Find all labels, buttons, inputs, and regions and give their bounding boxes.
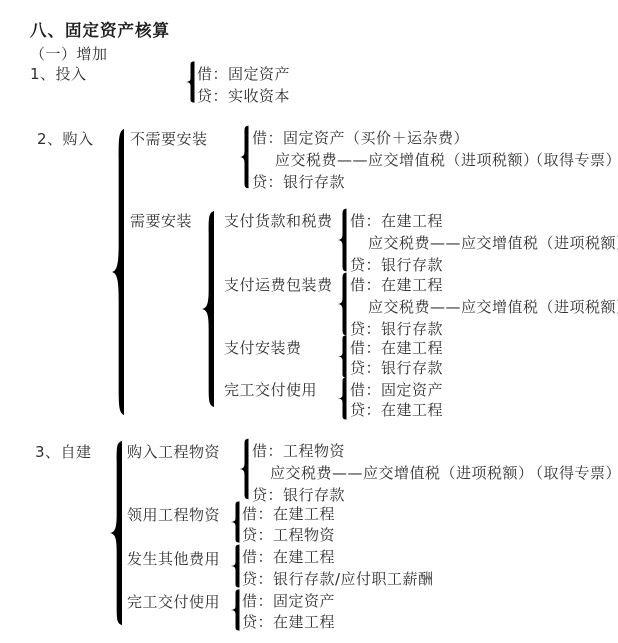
brace-install-g4 — [336, 377, 348, 420]
item1-credit: 贷：实收资本 — [197, 87, 290, 105]
build-g1-line3: 贷：银行存款 — [252, 486, 345, 504]
build-g3-line1: 借：在建工程 — [242, 548, 335, 566]
notes-page: 八、固定资产核算 （一）增加 1、投入 借：固定资产 贷：实收资本 2、购入 不… — [0, 0, 618, 643]
section-heading-increase: （一）增加 — [30, 45, 108, 63]
install-g1-line1: 借：在建工程 — [350, 212, 443, 230]
install-g3-label: 支付安装费 — [224, 339, 302, 357]
brace-item3 — [108, 439, 124, 627]
install-g4-label: 完工交付使用 — [224, 381, 317, 399]
item1-debit: 借：固定资产 — [197, 65, 290, 83]
build-g1-note: （取得专票） — [528, 464, 618, 482]
install-g1-line2: 应交税费——应交增值税（进项税额） — [368, 234, 618, 252]
no-install-note: （取得专票） — [528, 151, 618, 169]
install-g1-label: 支付货款和税费 — [224, 212, 333, 230]
install-g4-line1: 借：固定资产 — [350, 381, 443, 399]
brace-install-g1 — [336, 208, 348, 272]
brace-build-g3 — [229, 544, 241, 588]
item3-label: 3、自建 — [35, 443, 92, 461]
item1-label: 1、投入 — [30, 65, 87, 83]
page-title: 八、固定资产核算 — [30, 22, 170, 40]
install-g2-line3: 贷：银行存款 — [350, 320, 443, 338]
brace-build-g2 — [229, 501, 241, 543]
build-g4-line2: 贷：在建工程 — [242, 613, 335, 631]
brace-item1 — [184, 61, 196, 103]
build-g2-line1: 借：在建工程 — [242, 505, 335, 523]
brace-install-g2 — [336, 272, 348, 336]
build-g1-label: 购入工程物资 — [127, 443, 220, 461]
no-install-label: 不需要安装 — [130, 130, 208, 148]
install-g2-line2: 应交税费——应交增值税（进项税额） — [368, 298, 618, 316]
brace-build-g1 — [238, 438, 250, 500]
brace-no-install — [238, 125, 250, 189]
install-g3-line2: 贷：银行存款 — [350, 359, 443, 377]
brace-install — [200, 209, 216, 409]
build-g3-label: 发生其他费用 — [127, 550, 220, 568]
build-g4-label: 完工交付使用 — [127, 593, 220, 611]
no-install-debit2: 应交税费——应交增值税（进项税额） — [275, 151, 539, 169]
build-g1-line2: 应交税费——应交增值税（进项税额） — [270, 464, 534, 482]
install-g2-label: 支付运费包装费 — [224, 276, 333, 294]
no-install-credit: 贷：银行存款 — [252, 173, 345, 191]
build-g1-line1: 借：工程物资 — [252, 442, 345, 460]
install-label: 需要安装 — [130, 212, 192, 230]
brace-item2 — [110, 126, 126, 418]
install-g3-line1: 借：在建工程 — [350, 339, 443, 357]
no-install-debit1: 借：固定资产（买价＋运杂费） — [252, 129, 469, 147]
build-g4-line1: 借：固定资产 — [242, 592, 335, 610]
brace-install-g3 — [336, 335, 348, 378]
brace-build-g4 — [229, 589, 241, 631]
install-g2-line1: 借：在建工程 — [350, 276, 443, 294]
install-g4-line2: 贷：在建工程 — [350, 401, 443, 419]
install-g1-line3: 贷：银行存款 — [350, 256, 443, 274]
build-g2-line2: 贷：工程物资 — [242, 526, 335, 544]
item2-label: 2、购入 — [37, 130, 94, 148]
build-g3-line2: 贷：银行存款/应付职工薪酬 — [242, 570, 434, 588]
build-g2-label: 领用工程物资 — [127, 506, 220, 524]
